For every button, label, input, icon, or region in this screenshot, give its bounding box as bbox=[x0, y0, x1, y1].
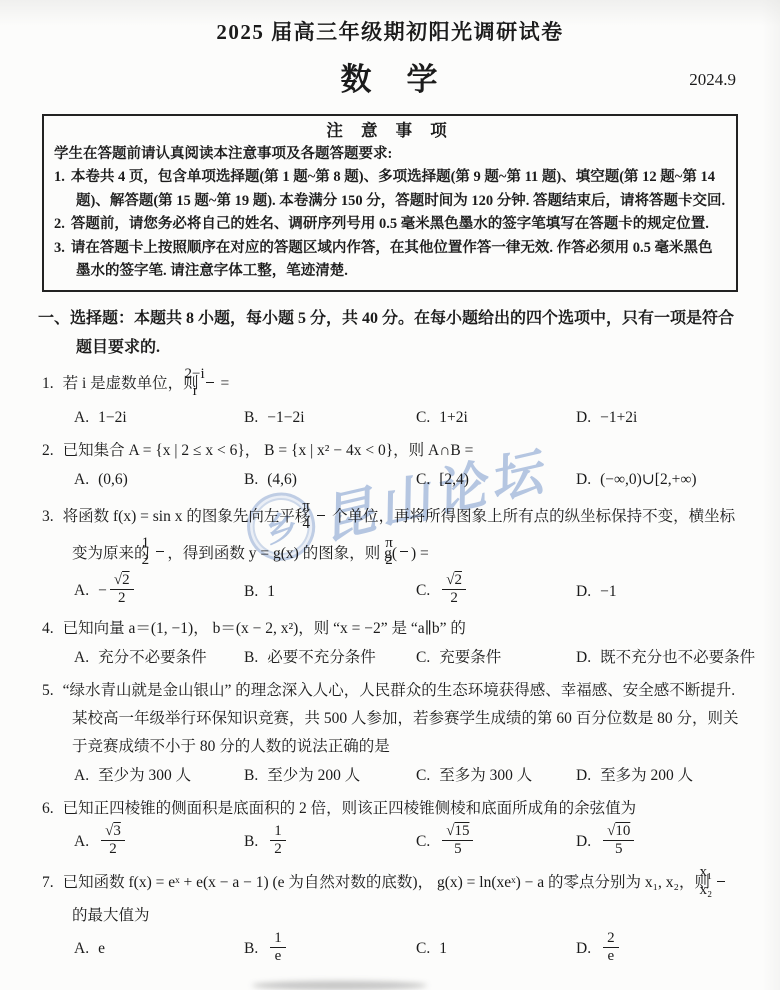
notice-item-number: 1. bbox=[54, 169, 65, 185]
options-row: A.至少为 300 人 B.至少为 200 人 C.至多为 300 人 D.至多… bbox=[74, 762, 742, 790]
option-label: D. bbox=[576, 649, 591, 666]
option-label: B. bbox=[244, 833, 258, 850]
question-7: 7.已知函数 f(x) = eˣ + e(x − a − 1) (e 为自然对数… bbox=[42, 865, 742, 967]
question-number: 5. bbox=[42, 682, 54, 699]
options-row: A.−√22 B.1 C.√22 D.−1 bbox=[74, 573, 742, 610]
option-label: D. bbox=[576, 940, 591, 957]
option-content: (−∞,0)∪[2,+∞) bbox=[600, 471, 696, 488]
option-d: D.2e bbox=[576, 931, 742, 968]
page-bottom-smudge bbox=[252, 981, 427, 990]
option-c: C.√22 bbox=[416, 573, 576, 610]
notice-box: 注 意 事 项 学生在答题前请认真阅读本注意事项及各题答题要求: 1.本卷共 4… bbox=[42, 114, 738, 292]
question-number: 1. bbox=[42, 375, 54, 392]
option-d: D.既不充分也不必要条件 bbox=[576, 645, 755, 671]
option-label: B. bbox=[244, 583, 258, 600]
option-b: B.1 bbox=[244, 579, 416, 605]
question-stem: 已知正四棱锥的侧面积是底面积的 2 倍，则该正四棱锥侧棱和底面所成角的余弦值为 bbox=[63, 800, 637, 817]
option-label: B. bbox=[244, 409, 258, 426]
option-label: A. bbox=[74, 409, 89, 426]
option-content: 至多为 200 人 bbox=[600, 767, 693, 784]
option-b: B.(4,6) bbox=[244, 467, 416, 493]
option-content: −√22 bbox=[98, 582, 136, 599]
option-label: B. bbox=[244, 649, 258, 666]
option-d: D.−1 bbox=[576, 579, 742, 605]
notice-item-2: 2.答题前，请您务必将自己的姓名、调研序列号用 0.5 毫米黑色墨水的签字笔填写… bbox=[54, 213, 726, 237]
option-label: D. bbox=[576, 583, 591, 600]
option-label: C. bbox=[416, 940, 430, 957]
question-stem: 已知集合 A = {x | 2 ≤ x < 6}， B = {x | x² − … bbox=[63, 442, 474, 459]
option-label: C. bbox=[416, 409, 430, 426]
option-d: D.−1+2i bbox=[576, 405, 742, 431]
option-c: C.1+2i bbox=[416, 405, 576, 431]
notice-item-1: 1.本卷共 4 页，包含单项选择题(第 1 题~第 8 题)、多项选择题(第 9… bbox=[54, 166, 726, 213]
question-5: 5.“绿水青山就是金山银山” 的理念深入人心，人民群众的生态环境获得感、幸福感、… bbox=[42, 677, 742, 790]
option-content: 至少为 300 人 bbox=[98, 767, 191, 784]
question-stem: 将函数 f(x) = sin x 的图象先向左平移 π4 个单位，再将所得图象上… bbox=[63, 508, 735, 562]
option-label: C. bbox=[416, 767, 430, 784]
option-label: D. bbox=[576, 471, 591, 488]
option-label: A. bbox=[74, 649, 89, 666]
question-number: 6. bbox=[42, 800, 54, 817]
question-number: 4. bbox=[42, 620, 54, 637]
question-2: 2.已知集合 A = {x | 2 ≤ x < 6}， B = {x | x² … bbox=[42, 437, 742, 494]
notice-item-number: 3. bbox=[54, 240, 65, 256]
question-stem: 已知函数 f(x) = eˣ + e(x − a − 1) (e 为自然对数的底… bbox=[63, 874, 728, 924]
option-d: D.至多为 200 人 bbox=[576, 763, 742, 789]
option-label: A. bbox=[74, 471, 89, 488]
option-b: B.必要不充分条件 bbox=[244, 645, 416, 671]
option-content: 1−2i bbox=[98, 409, 127, 426]
option-b: B.−1−2i bbox=[244, 405, 416, 431]
option-content: √22 bbox=[439, 582, 469, 599]
option-a: A.(0,6) bbox=[74, 467, 244, 493]
question-stem: 已知向量 a＝(1, −1)， b＝(x − 2, x²)，则 “x = −2”… bbox=[63, 620, 466, 637]
option-a: A.至少为 300 人 bbox=[74, 763, 244, 789]
option-content: √155 bbox=[439, 833, 476, 850]
option-label: A. bbox=[74, 833, 89, 850]
option-content: 12 bbox=[267, 833, 289, 850]
option-a: A.充分不必要条件 bbox=[74, 645, 244, 671]
option-label: D. bbox=[576, 833, 591, 850]
options-row: A.1−2i B.−1−2i C.1+2i D.−1+2i bbox=[74, 404, 742, 432]
option-a: A.e bbox=[74, 936, 244, 962]
option-content: e bbox=[98, 940, 105, 957]
options-row: A.e B.1e C.1 D.2e bbox=[74, 931, 742, 968]
option-content: 1+2i bbox=[439, 409, 468, 426]
exam-page: 2025 届高三年级期初阳光调研试卷 数 学 2024.9 注 意 事 项 学生… bbox=[0, 16, 780, 968]
option-label: B. bbox=[244, 940, 258, 957]
option-content: 至少为 200 人 bbox=[267, 767, 360, 784]
notice-item-text: 答题前，请您务必将自己的姓名、调研序列号用 0.5 毫米黑色墨水的签字笔填写在答… bbox=[71, 216, 709, 232]
option-c: C.[2,4) bbox=[416, 467, 576, 493]
option-content: 必要不充分条件 bbox=[267, 649, 376, 666]
option-label: C. bbox=[416, 833, 430, 850]
options-row: A.√32 B.12 C.√155 D.√105 bbox=[74, 824, 742, 861]
option-label: D. bbox=[576, 767, 591, 784]
option-b: B.12 bbox=[244, 824, 416, 861]
option-content: 1 bbox=[267, 583, 275, 600]
notice-item-3: 3.请在答题卡上按照顺序在对应的答题区域内作答，在其他位置作答一律无效. 作答必… bbox=[54, 237, 726, 284]
question-4: 4.已知向量 a＝(1, −1)， b＝(x − 2, x²)，则 “x = −… bbox=[42, 615, 742, 672]
notice-item-text: 本卷共 4 页，包含单项选择题(第 1 题~第 8 题)、多项选择题(第 9 题… bbox=[71, 169, 725, 209]
option-b: B.1e bbox=[244, 931, 416, 968]
option-content: −1−2i bbox=[267, 409, 304, 426]
option-a: A.1−2i bbox=[74, 405, 244, 431]
option-content: 1e bbox=[267, 940, 289, 957]
option-label: B. bbox=[244, 767, 258, 784]
question-stem: 若 i 是虚数单位，则 2−ii = bbox=[63, 375, 230, 392]
exam-title: 2025 届高三年级期初阳光调研试卷 bbox=[0, 16, 780, 46]
options-row: A.(0,6) B.(4,6) C.[2,4) D.(−∞,0)∪[2,+∞) bbox=[74, 466, 742, 494]
option-content: [2,4) bbox=[439, 471, 469, 488]
notice-intro: 学生在答题前请认真阅读本注意事项及各题答题要求: bbox=[54, 143, 726, 166]
question-number: 7. bbox=[42, 874, 54, 891]
question-stem: “绿水青山就是金山银山” 的理念深入人心，人民群众的生态环境获得感、幸福感、安全… bbox=[63, 682, 739, 755]
option-a: A.−√22 bbox=[74, 573, 244, 610]
exam-date: 2024.9 bbox=[689, 70, 736, 90]
option-content: √32 bbox=[98, 833, 128, 850]
option-label: B. bbox=[244, 471, 258, 488]
option-content: −1+2i bbox=[600, 409, 637, 426]
option-label: A. bbox=[74, 582, 89, 599]
option-c: C.1 bbox=[416, 936, 576, 962]
notice-item-number: 2. bbox=[54, 216, 65, 232]
option-c: C.√155 bbox=[416, 824, 576, 861]
subject-row: 数 学 2024.9 bbox=[0, 54, 780, 100]
option-content: 1 bbox=[439, 940, 447, 957]
question-3: 3.将函数 f(x) = sin x 的图象先向左平移 π4 个单位，再将所得图… bbox=[42, 499, 742, 610]
option-content: 充要条件 bbox=[439, 649, 501, 666]
option-content: −1 bbox=[600, 583, 617, 600]
section-heading: 一、选择题：本题共 8 小题，每小题 5 分，共 40 分。在每小题给出的四个选… bbox=[38, 304, 744, 362]
question-6: 6.已知正四棱锥的侧面积是底面积的 2 倍，则该正四棱锥侧棱和底面所成角的余弦值… bbox=[42, 795, 742, 861]
option-c: C.至多为 300 人 bbox=[416, 763, 576, 789]
option-content: √105 bbox=[600, 833, 637, 850]
subject-title: 数 学 bbox=[0, 54, 780, 99]
notice-item-text: 请在答题卡上按照顺序在对应的答题区域内作答，在其他位置作答一律无效. 作答必须用… bbox=[71, 240, 713, 280]
option-content: (0,6) bbox=[98, 471, 128, 488]
option-content: 2e bbox=[600, 940, 622, 957]
notice-title: 注 意 事 项 bbox=[54, 119, 726, 143]
option-label: A. bbox=[74, 767, 89, 784]
options-row: A.充分不必要条件 B.必要不充分条件 C.充要条件 D.既不充分也不必要条件 bbox=[74, 644, 742, 672]
question-1: 1.若 i 是虚数单位，则 2−ii = A.1−2i B.−1−2i C.1+… bbox=[42, 367, 742, 433]
option-b: B.至少为 200 人 bbox=[244, 763, 416, 789]
option-content: 充分不必要条件 bbox=[98, 649, 207, 666]
question-number: 3. bbox=[42, 508, 54, 525]
question-number: 2. bbox=[42, 442, 54, 459]
option-label: D. bbox=[576, 409, 591, 426]
option-label: C. bbox=[416, 649, 430, 666]
option-a: A.√32 bbox=[74, 824, 244, 861]
option-label: A. bbox=[74, 940, 89, 957]
option-content: 既不充分也不必要条件 bbox=[600, 649, 755, 666]
option-content: (4,6) bbox=[267, 471, 297, 488]
option-content: 至多为 300 人 bbox=[439, 767, 532, 784]
option-label: C. bbox=[416, 471, 430, 488]
option-d: D.(−∞,0)∪[2,+∞) bbox=[576, 467, 742, 493]
option-label: C. bbox=[416, 582, 430, 599]
option-c: C.充要条件 bbox=[416, 645, 576, 671]
option-d: D.√105 bbox=[576, 824, 742, 861]
